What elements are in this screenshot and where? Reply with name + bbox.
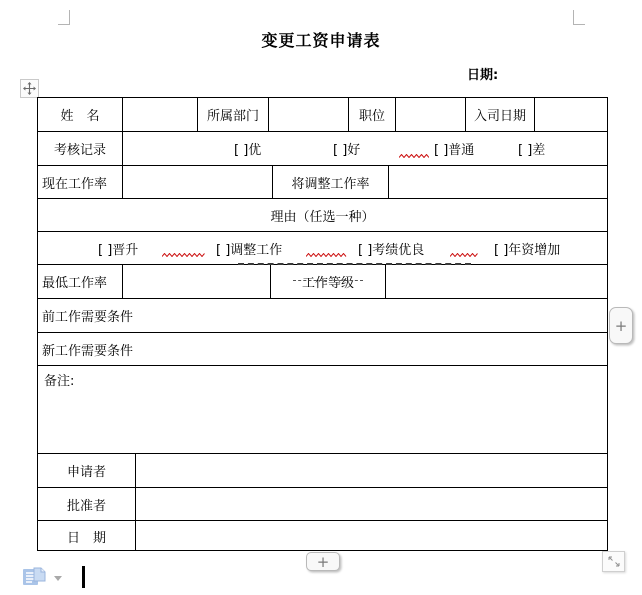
- page-margin-corner-right: [573, 10, 585, 25]
- table-move-handle[interactable]: [20, 79, 39, 98]
- table-row: 日 期: [38, 521, 607, 551]
- spellcheck-squiggle: [450, 253, 478, 257]
- table-row: [ ]晋升 [ ]调整工作 [ ]考绩优良 [ ]年资增加: [38, 232, 607, 265]
- form-title: 变更工资申请表: [0, 28, 642, 51]
- applicant-label-cell: 申请者: [38, 454, 136, 487]
- reason-option-merit[interactable]: [ ]考绩优良: [358, 232, 424, 264]
- dropdown-arrow-icon: [54, 576, 62, 581]
- table-resize-handle[interactable]: [602, 551, 625, 572]
- spellcheck-squiggle: [306, 253, 348, 257]
- prev-condition-cell[interactable]: 前工作需要条件: [38, 299, 607, 332]
- reason-option-seniority[interactable]: [ ]年资增加: [494, 232, 560, 264]
- new-condition-cell[interactable]: 新工作需要条件: [38, 333, 607, 365]
- table-row: 现在工作率 将调整工作率: [38, 166, 607, 199]
- current-rate-label-cell: 现在工作率: [38, 166, 123, 198]
- applicant-value-cell[interactable]: [136, 454, 607, 487]
- diagonal-resize-icon: [607, 555, 621, 568]
- table-row: 理由（任选一种）: [38, 199, 607, 232]
- table-row: 最低工作率 工作等级: [38, 265, 607, 299]
- sign-date-value-cell[interactable]: [136, 521, 607, 551]
- paste-options-icon: [22, 567, 46, 587]
- approver-label-cell: 批准者: [38, 488, 136, 520]
- remark-cell[interactable]: 备注:: [38, 366, 607, 453]
- dept-label-cell: 所属部门: [198, 98, 269, 131]
- hire-date-label-cell: 入司日期: [466, 98, 535, 131]
- add-row-button[interactable]: +: [306, 552, 340, 571]
- work-grade-value-cell[interactable]: [386, 265, 607, 298]
- hire-date-value-cell[interactable]: [535, 98, 607, 131]
- assessment-option-poor[interactable]: [ ]差: [518, 132, 545, 165]
- spellcheck-squiggle: [162, 253, 206, 257]
- adjusted-rate-label-cell: 将调整工作率: [273, 166, 389, 198]
- dept-value-cell[interactable]: [269, 98, 349, 131]
- approver-value-cell[interactable]: [136, 488, 607, 520]
- plus-icon: +: [317, 553, 330, 571]
- adjusted-rate-value-cell[interactable]: [389, 166, 607, 198]
- table-row: 姓 名 所属部门 职位 入司日期: [38, 98, 607, 132]
- position-value-cell[interactable]: [396, 98, 466, 131]
- page-margin-corner-left: [58, 10, 70, 25]
- sign-date-label-cell: 日 期: [38, 521, 136, 551]
- table-row: 新工作需要条件: [38, 333, 607, 366]
- assessment-label-cell: 考核记录: [38, 132, 123, 165]
- add-column-button[interactable]: +: [609, 307, 633, 344]
- move-icon: [23, 82, 36, 95]
- assessment-option-excellent[interactable]: [ ]优: [234, 132, 261, 165]
- min-rate-label-cell: 最低工作率: [38, 265, 123, 298]
- assessment-option-good[interactable]: [ ]好: [333, 132, 360, 165]
- paste-options-button[interactable]: [22, 567, 62, 587]
- work-grade-label-cell[interactable]: 工作等级: [271, 265, 386, 298]
- name-value-cell[interactable]: [123, 98, 198, 131]
- reason-option-promotion[interactable]: [ ]晋升: [98, 232, 138, 264]
- reason-header-cell: 理由（任选一种）: [38, 199, 607, 231]
- textbox-drag-dashed-line: [238, 263, 471, 265]
- salary-change-form-table: 姓 名 所属部门 职位 入司日期 考核记录 [ ]优 [ ]好 [ ]普通 [ …: [37, 97, 608, 551]
- table-row: 前工作需要条件: [38, 299, 607, 333]
- reason-option-job-change[interactable]: [ ]调整工作: [216, 232, 282, 264]
- name-label-cell: 姓 名: [38, 98, 123, 131]
- assessment-option-average[interactable]: [ ]普通: [434, 132, 474, 165]
- table-row: 备注:: [38, 366, 607, 454]
- position-label-cell: 职位: [349, 98, 396, 131]
- plus-icon: +: [615, 317, 628, 335]
- current-rate-value-cell[interactable]: [123, 166, 273, 198]
- min-rate-value-cell[interactable]: [123, 265, 271, 298]
- table-row: 考核记录 [ ]优 [ ]好 [ ]普通 [ ]差: [38, 132, 607, 166]
- spellcheck-squiggle: [399, 154, 429, 158]
- table-row: 批准者: [38, 488, 607, 521]
- date-label: 日期:: [467, 64, 498, 83]
- table-row: 申请者: [38, 454, 607, 488]
- text-caret[interactable]: [82, 566, 85, 588]
